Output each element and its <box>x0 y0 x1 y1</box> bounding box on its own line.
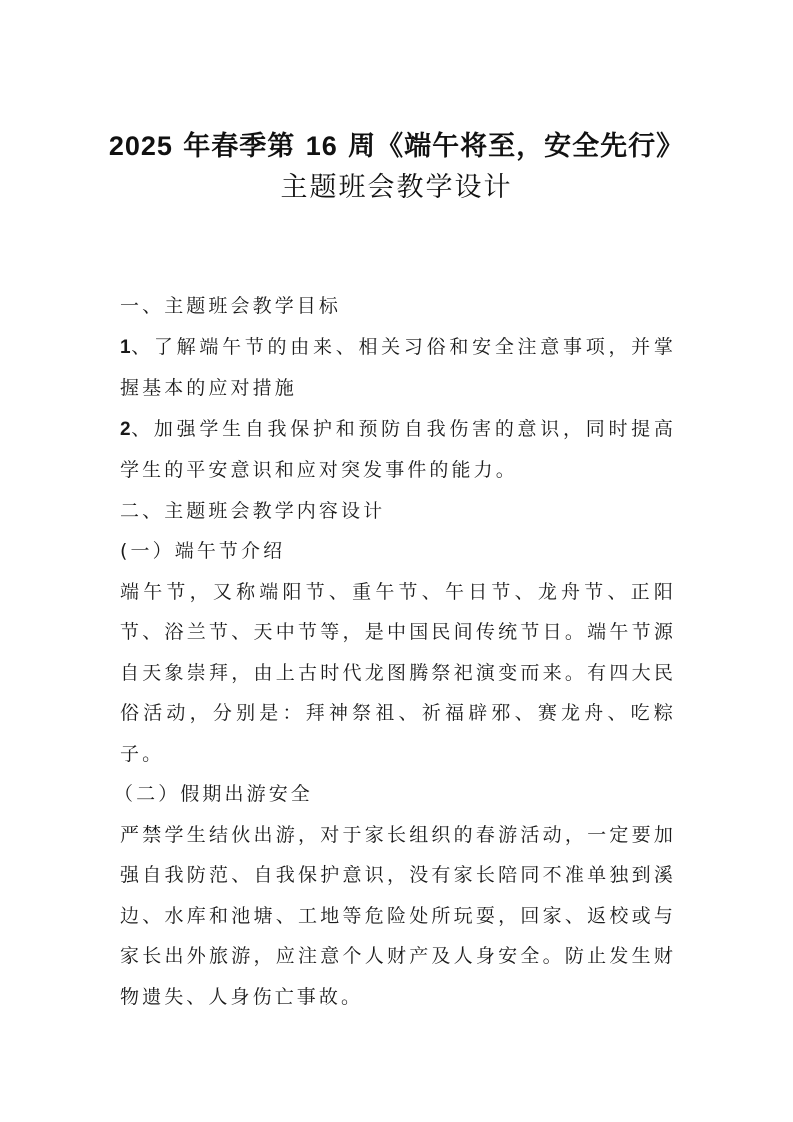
title-year: 2025 <box>109 131 173 161</box>
document-title-line2: 主题班会教学设计 <box>0 168 793 208</box>
subsection-heading-holiday-travel-safety: （二）假期出游安全 <box>114 774 676 815</box>
subsection-heading-festival-intro: (一）端午节介绍 <box>120 531 676 572</box>
objective-text: 、了解端午节的由来、相关习俗和安全注意事项，并掌握基本的应对措施 <box>120 336 676 400</box>
section-heading-objectives: 一、主题班会教学目标 <box>120 286 676 327</box>
document-body: 一、主题班会教学目标 1、了解端午节的由来、相关习俗和安全注意事项，并掌握基本的… <box>120 286 676 1017</box>
objective-number: 1 <box>120 337 131 358</box>
objective-number: 2 <box>120 419 131 440</box>
objective-text: 、加强学生自我保护和预防自我伤害的意识，同时提高学生的平安意识和应对突发事件的能… <box>120 418 676 482</box>
paragraph-holiday-travel-safety: 严禁学生结伙出游，对于家长组织的春游活动，一定要加强自我防范、自我保护意识，没有… <box>120 815 676 1018</box>
section-heading-content-design: 二、主题班会教学内容设计 <box>120 491 676 532</box>
title-segment: 年春季第 <box>173 131 306 162</box>
objective-item-2: 2、加强学生自我保护和预防自我伤害的意识，同时提高学生的平安意识和应对突发事件的… <box>120 409 676 491</box>
document-title-line1: 2025 年春季第 16 周《端午将至，安全先行》 <box>0 126 793 167</box>
document-page: 2025 年春季第 16 周《端午将至，安全先行》 主题班会教学设计 一、主题班… <box>0 0 793 1122</box>
title-week-number: 16 <box>306 131 338 161</box>
paragraph-festival-intro: 端午节，又称端阳节、重午节、午日节、龙舟节、正阳节、浴兰节、天中节等，是中国民间… <box>120 572 676 775</box>
title-theme: 周《端午将至，安全先行》 <box>338 131 684 162</box>
objective-item-1: 1、了解端午节的由来、相关习俗和安全注意事项，并掌握基本的应对措施 <box>120 327 676 409</box>
